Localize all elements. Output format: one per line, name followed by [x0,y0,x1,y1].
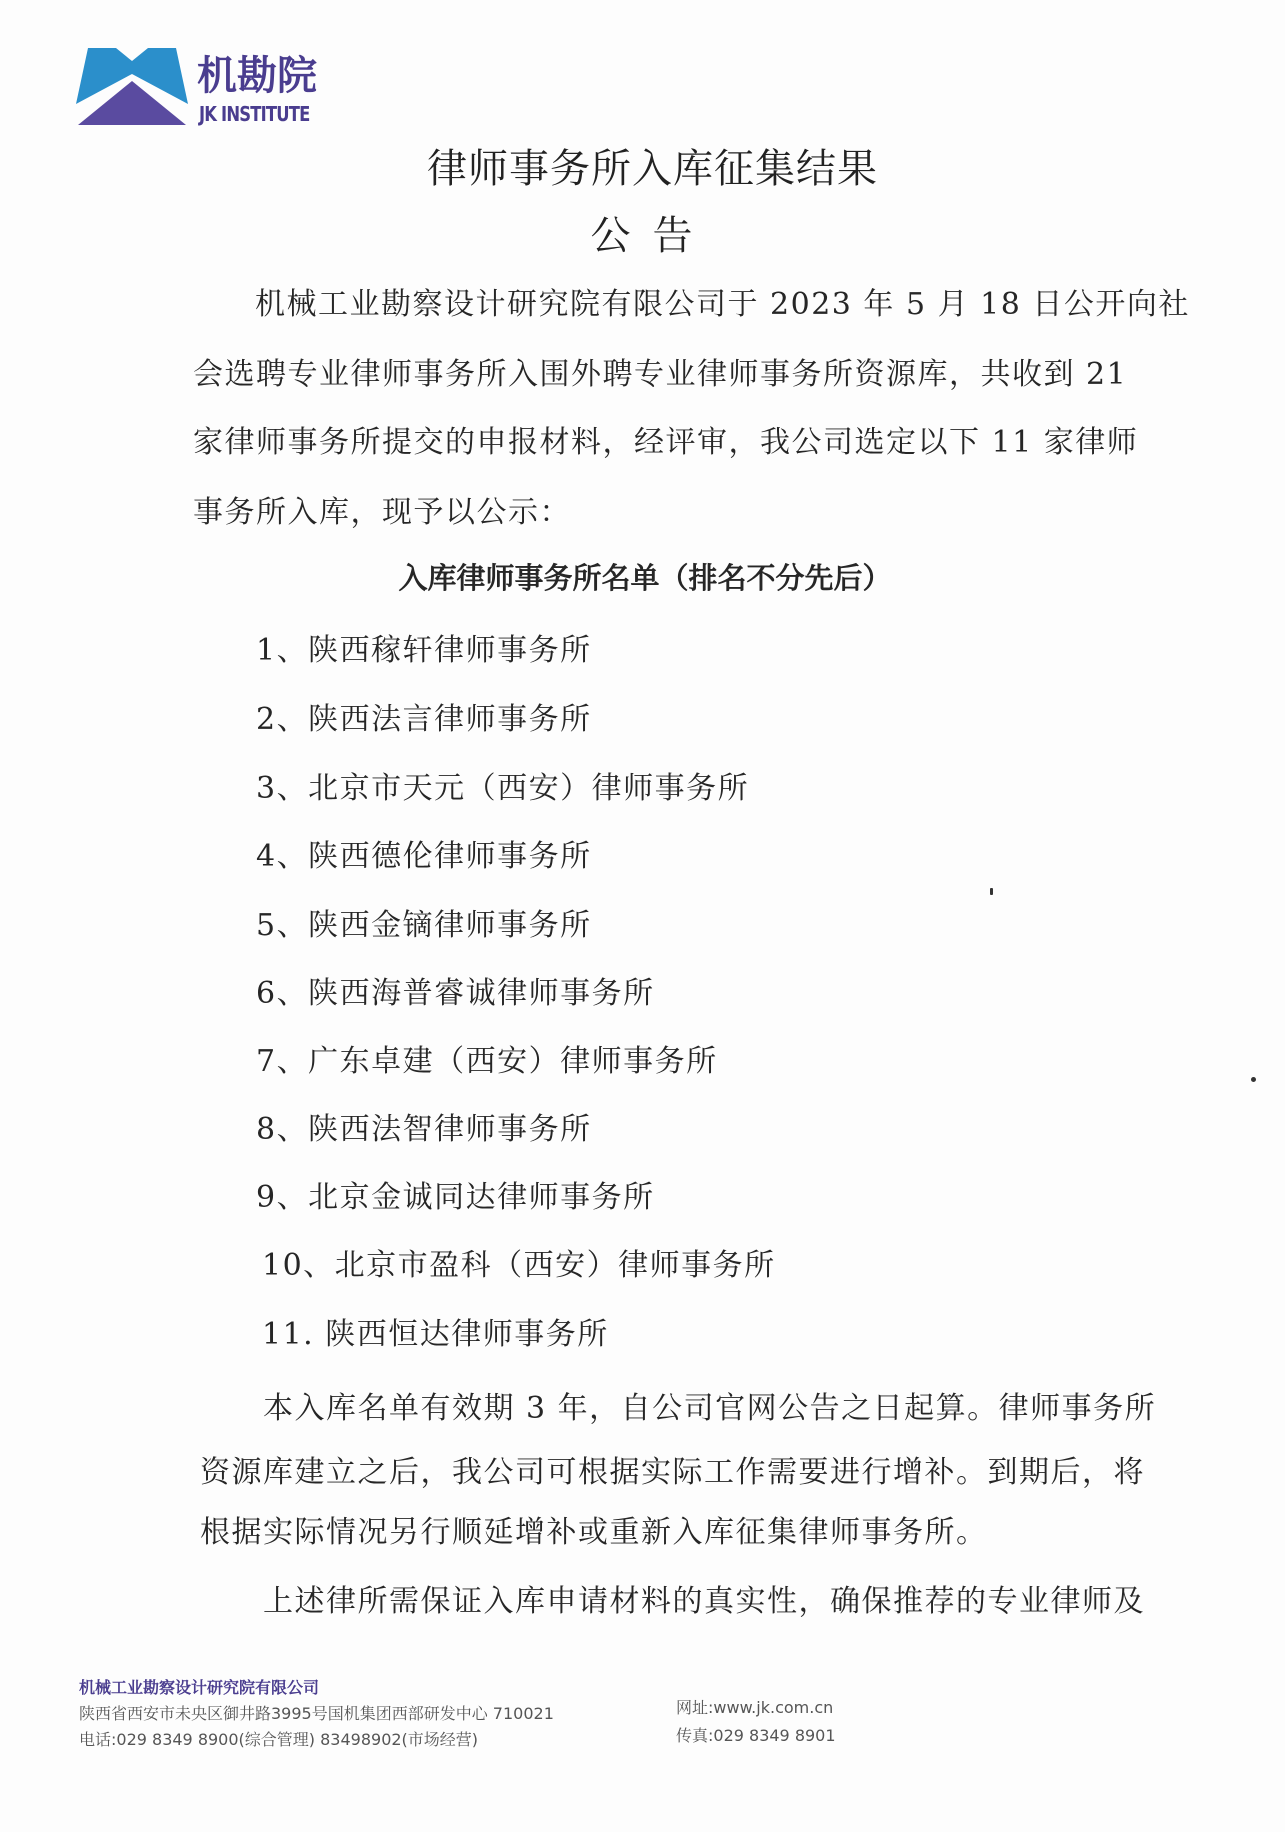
list-item: 5、陕西金镝律师事务所 [256,906,592,946]
footer-website: 网址:www.jk.com.cn [676,1697,833,1719]
list-heading: 入库律师事务所名单（排名不分先后） [0,558,1285,598]
validity-line: 根据实际情况另行顺延增补或重新入库征集律师事务所。 [200,1513,988,1553]
list-item: 6、陕西海普睿诚律师事务所 [256,974,655,1014]
jk-institute-logo-icon [76,48,188,126]
requirement-line: 上述律所需保证入库申请材料的真实性，确保推荐的专业律师及 [263,1582,1145,1622]
validity-line: 资源库建立之后，我公司可根据实际工作需要进行增补。到期后，将 [200,1453,1145,1493]
list-item: 4、陕西德伦律师事务所 [256,837,592,877]
list-item: 3、北京市天元（西安）律师事务所 [256,769,749,809]
document-subtitle: 公告 [0,212,1285,260]
list-item: 2、陕西法言律师事务所 [256,700,592,740]
footer-fax: 传真:029 8349 8901 [676,1725,836,1747]
intro-line: 家律师事务所提交的申报材料，经评审，我公司选定以下 11 家律师 [193,423,1138,463]
list-item: 9、北京金诚同达律师事务所 [256,1178,655,1218]
list-item: 11. 陕西恒达律师事务所 [262,1315,609,1355]
footer-company-name: 机械工业勘察设计研究院有限公司 [79,1677,319,1699]
list-item: 1、陕西稼轩律师事务所 [256,631,592,671]
logo-english-name: JK INSTITUTE [199,102,310,126]
intro-line: 机械工业勘察设计研究院有限公司于 2023 年 5 月 18 日公开向社 [255,285,1190,325]
footer-address: 陕西省西安市未央区御井路3995号国机集团西部研发中心 710021 [79,1703,554,1725]
scan-speck [1251,1077,1256,1082]
document-title: 律师事务所入库征集结果 [0,145,1285,193]
scan-speck [990,888,993,895]
list-item: 10、北京市盈科（西安）律师事务所 [262,1246,776,1286]
intro-line: 事务所入库，现予以公示： [193,493,571,533]
list-item: 8、陕西法智律师事务所 [256,1110,592,1150]
intro-line: 会选聘专业律师事务所入围外聘专业律师事务所资源库，共收到 21 [193,355,1127,395]
validity-line: 本入库名单有效期 3 年，自公司官网公告之日起算。律师事务所 [263,1389,1156,1429]
list-item: 7、广东卓建（西安）律师事务所 [256,1042,718,1082]
footer-phone: 电话:029 8349 8900(综合管理) 83498902(市场经营) [79,1729,478,1751]
logo-chinese-name: 机勘院 [197,50,317,102]
